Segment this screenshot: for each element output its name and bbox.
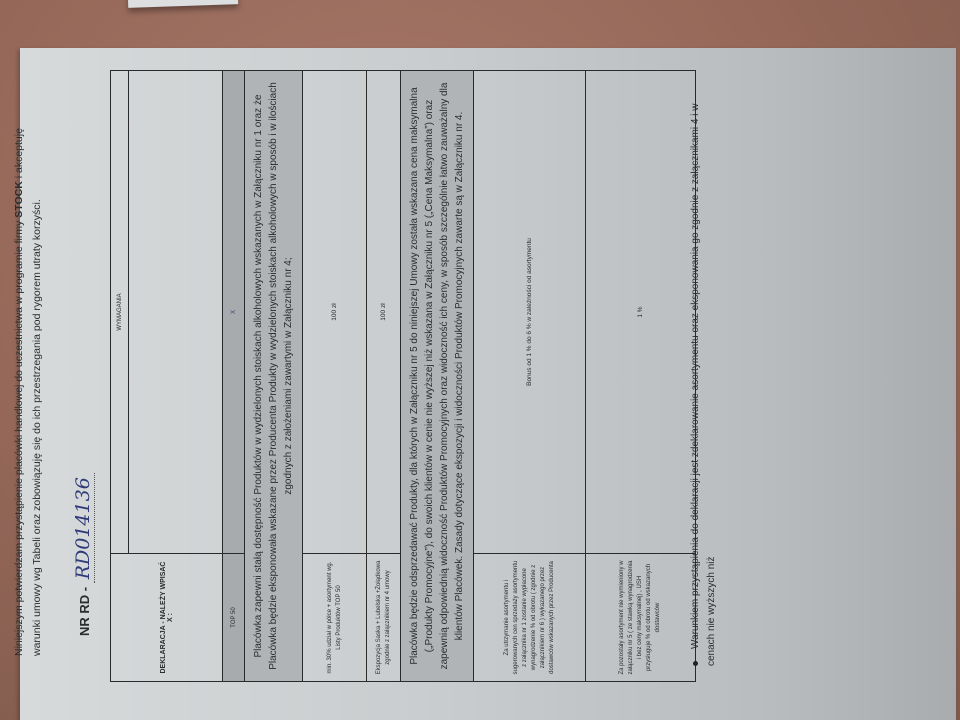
bullet-icon [693,661,698,666]
document-photo: Rabat Detal Sp. z o.o. ul. Kossutha 5, 4… [20,48,956,720]
footer-note: Warunkiem przystąpienia do deklaracji je… [688,86,720,666]
intro-brand: STOCK [13,181,25,218]
intro-paragraph: Niniejszym potwierdzam przystąpienie pla… [10,96,46,656]
declaration-table: DEKLARACJA - NALEŻY WPISAĆ X : WYMAGANIA… [110,70,696,682]
nr-rd-field: NR RD - RD014136 [72,473,94,636]
top50-description: Placówka zapewni stałą dostępność Produk… [245,71,303,682]
nr-rd-handwritten-value: RD014136 [72,473,95,583]
nr-rd-label: NR RD - [77,583,92,636]
bonus-row-value: Bonus od 1 % do 6 % w zależności od asor… [474,71,586,554]
bonus-row-label: Za pozostały asortyment nie wymieniony w… [586,554,696,682]
row-label: Ekspozycja Saska + Lubelska +Żołądkowa z… [367,554,401,682]
row-label: min. 30% udział w półce + asortyment wg.… [303,554,367,682]
row-value: 100 zł [303,71,367,554]
footer-note-text: Warunkiem przystąpienia do deklaracji je… [690,104,717,666]
bonus-row-value: 1 % [586,71,696,554]
requirements-header: WYMAGANIA [111,71,129,554]
top50-checkmark[interactable]: X [223,71,245,554]
bonus-row-label: Za utrzymanie asortymentu i sugerowanych… [474,554,586,682]
intro-text-1: Niniejszym potwierdzam przystąpienie pla… [13,218,25,656]
top50-label: TOP 50 [223,554,245,682]
header-spacer [129,71,223,554]
promo-description: Placówka będzie odsprzedawać Produkty, d… [401,71,474,682]
row-value: 100 zł [367,71,401,554]
declaration-header-cell: DEKLARACJA - NALEŻY WPISAĆ X : [111,554,223,682]
declaration-document: Rabat Detal Sp. z o.o. ul. Kossutha 5, 4… [0,46,720,706]
